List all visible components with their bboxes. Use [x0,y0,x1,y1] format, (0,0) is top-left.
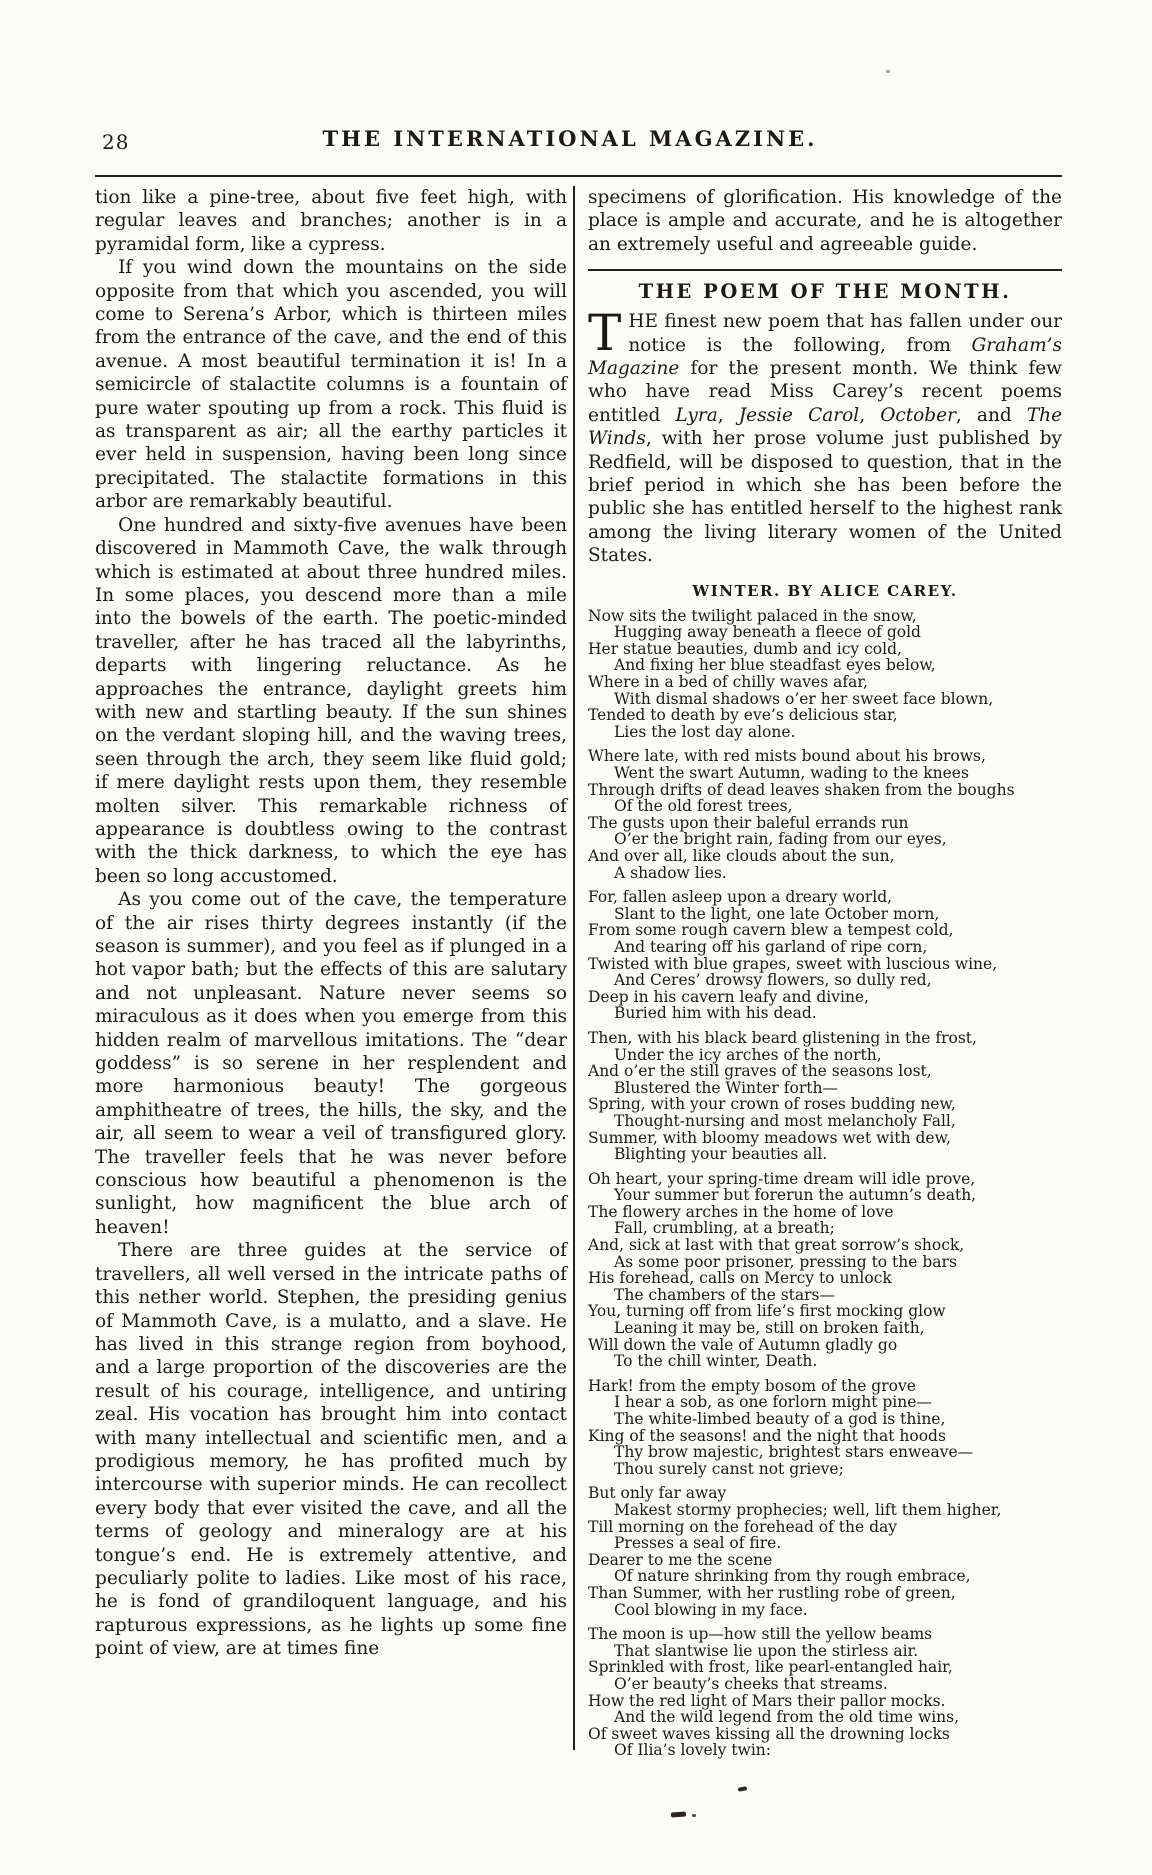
poem-line: And o’er the still graves of the seasons… [588,1063,1062,1080]
ink-speck [692,1814,696,1817]
page-header-title: THE INTERNATIONAL MAGAZINE. [95,126,1045,151]
section-rule [588,269,1062,271]
magazine-page-sheet: 28 THE INTERNATIONAL MAGAZINE. tion like… [0,0,1152,1875]
poem-line: That slantwise lie upon the stirless air… [588,1643,1062,1660]
poem-line: The chambers of the stars— [588,1287,1062,1304]
poem-line: Tended to death by eve’s delicious star, [588,707,1062,724]
poem-line: You, turning off from life’s first mocki… [588,1303,1062,1320]
poem-stanza: Hark! from the empty bosom of the groveI… [588,1378,1062,1478]
right-column: specimens of glorification. His knowledg… [588,186,1062,1767]
intro-segments: HE finest new poem that has fallen under… [588,311,1062,566]
poem-line: Of the old forest trees, [588,798,1062,815]
body-paragraph: There are three guides at the service of… [95,1239,567,1660]
poem-line: Oh heart, your spring-time dream will id… [588,1171,1062,1188]
poem-line: Summer, with bloomy meadows wet with dew… [588,1130,1062,1147]
poem-stanza: But only far awayMakest stormy prophecie… [588,1485,1062,1618]
section-heading: THE POEM OF THE MONTH. [588,280,1062,303]
poem-line: Your summer but forerun the autumn’s dea… [588,1187,1062,1204]
poem-stanza: The moon is up—how still the yellow beam… [588,1626,1062,1759]
column-divider [573,186,575,1750]
poem-line: From some rough cavern blew a tempest co… [588,922,1062,939]
header-rule [95,175,1062,177]
poem-line: Buried him with his dead. [588,1005,1062,1022]
poem-line: Than Summer, with her rustling robe of g… [588,1585,1062,1602]
poem-line: The gusts upon their baleful errands run [588,815,1062,832]
poem-stanza: Then, with his black beard glistening in… [588,1030,1062,1163]
poem-line: And the wild legend from the old time wi… [588,1709,1062,1726]
body-paragraph: As you come out of the cave, the tempera… [95,888,567,1239]
poem-line: And fixing her blue steadfast eyes below… [588,657,1062,674]
poem-line: How the red light of Mars their pallor m… [588,1693,1062,1710]
italic-work-title: October [880,405,956,426]
poem-line: Hugging away beneath a fleece of gold [588,624,1062,641]
ink-speck [738,1786,748,1792]
poem-line: Where late, with red mists bound about h… [588,748,1062,765]
intro-text: , with her prose volume just published b… [588,428,1062,566]
poem-line: Will down the vale of Autumn gladly go [588,1337,1062,1354]
poem-line: And tearing off his garland of ripe corn… [588,939,1062,956]
poem-line: And Ceres’ drowsy flowers, so dully red, [588,972,1062,989]
poem-line: Of Ilia’s lovely twin: [588,1742,1062,1759]
poem-line: Dearer to me the scene [588,1552,1062,1569]
continuation-paragraph: specimens of glorification. His knowledg… [588,186,1062,256]
poem-line: The flowery arches in the home of love [588,1204,1062,1221]
poem-line: Lies the lost day alone. [588,724,1062,741]
poem-line: Thought-nursing and most melancholy Fall… [588,1113,1062,1130]
poem-line: Of sweet waves kissing all the drowning … [588,1726,1062,1743]
poem-line: And over all, like clouds about the sun, [588,848,1062,865]
poem-intro: THE finest new poem that has fallen unde… [588,310,1062,567]
intro-text: , [718,405,739,426]
poem-line: His forehead, calls on Mercy to unlock [588,1270,1062,1287]
poem-line: Slant to the light, one late October mor… [588,906,1062,923]
ink-speck [886,70,890,73]
left-column: tion like a pine-tree, about five feet h… [95,186,567,1661]
poem-line: A shadow lies. [588,865,1062,882]
poem-line: Presses a seal of fire. [588,1535,1062,1552]
poem-stanza: Oh heart, your spring-time dream will id… [588,1171,1062,1370]
poem-line: O’er beauty’s cheeks that streams. [588,1676,1062,1693]
poem-line: Where in a bed of chilly waves afar, [588,674,1062,691]
intro-text: , [859,405,880,426]
poem-line: As some poor prisoner, pressing to the b… [588,1254,1062,1271]
poem-line: To the chill winter, Death. [588,1353,1062,1370]
poem-line: Deep in his cavern leafy and divine, [588,989,1062,1006]
poem-stanza: Where late, with red mists bound about h… [588,748,1062,881]
poem-line: Leaning it may be, still on broken faith… [588,1320,1062,1337]
poem-line: Under the icy arches of the north, [588,1047,1062,1064]
poem-line: Spring, with your crown of roses budding… [588,1096,1062,1113]
poem-line: Sprinkled with frost, like pearl-entangl… [588,1659,1062,1676]
poem-line: Then, with his black beard glistening in… [588,1030,1062,1047]
poem-line: Thou surely canst not grieve; [588,1461,1062,1478]
poem-stanza: Now sits the twilight palaced in the sno… [588,608,1062,741]
poem-line: King of the seasons! and the night that … [588,1428,1062,1445]
body-paragraph: tion like a pine-tree, about five feet h… [95,186,567,256]
poem-line: Her statue beauties, dumb and icy cold, [588,641,1062,658]
poem-line: With dismal shadows o’er her sweet face … [588,691,1062,708]
poem-line: Of nature shrinking from thy rough embra… [588,1568,1062,1585]
poem-line: The white-limbed beauty of a god is thin… [588,1411,1062,1428]
columns: tion like a pine-tree, about five feet h… [95,186,1062,1767]
poem-body: Now sits the twilight palaced in the sno… [588,608,1062,1759]
poem-line: Cool blowing in my face. [588,1602,1062,1619]
poem-line: Makest stormy prophecies; well, lift the… [588,1502,1062,1519]
italic-work-title: Jessie Carol [739,405,859,426]
poem-line: Twisted with blue grapes, sweet with lus… [588,956,1062,973]
body-paragraph: One hundred and sixty-five avenues have … [95,514,567,889]
poem-line: I hear a sob, as one forlorn might pine— [588,1394,1062,1411]
poem-line: Now sits the twilight palaced in the sno… [588,608,1062,625]
poem-line: Went the swart Autumn, wading to the kne… [588,765,1062,782]
poem-line: Till morning on the forehead of the day [588,1519,1062,1536]
poem-line: Blighting your beauties all. [588,1146,1062,1163]
poem-line: Hark! from the empty bosom of the grove [588,1378,1062,1395]
ink-speck [671,1811,686,1817]
poem-stanza: For, fallen asleep upon a dreary world,S… [588,889,1062,1022]
body-paragraph: If you wind down the mountains on the si… [95,256,567,513]
poem-line: Through drifts of dead leaves shaken fro… [588,782,1062,799]
poem-line: But only far away [588,1485,1062,1502]
poem-line: Blustered the Winter forth— [588,1080,1062,1097]
italic-work-title: Lyra [675,405,717,426]
poem-line: O’er the bright rain, fading from our ey… [588,831,1062,848]
poem-line: Fall, crumbling, at a breath; [588,1220,1062,1237]
poem-line: The moon is up—how still the yellow beam… [588,1626,1062,1643]
poem-line: And, sick at last with that great sorrow… [588,1237,1062,1254]
intro-text: , and [956,405,1027,426]
poem-title: WINTER. BY ALICE CAREY. [588,582,1062,600]
poem-line: For, fallen asleep upon a dreary world, [588,889,1062,906]
poem-line: Thy brow majestic, brightest stars enwea… [588,1444,1062,1461]
drop-cap: T [588,310,628,354]
